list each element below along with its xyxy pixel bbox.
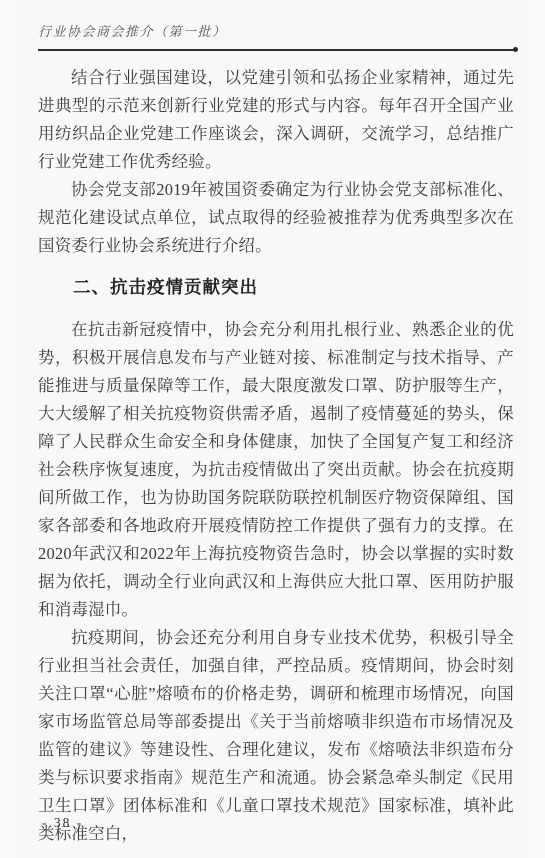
page-body: 结合行业强国建设，以党建引领和弘扬企业家精神，通过先进典型的示范来创新行业党建的… bbox=[38, 64, 514, 848]
page-header: 行业协会商会推介（第一批） bbox=[38, 24, 515, 51]
page-number: - 38 - bbox=[42, 815, 83, 830]
page-footer: - 38 - bbox=[42, 814, 83, 832]
paragraph-standards-work: 抗疫期间，协会还充分利用自身专业技术优势，积极引导全行业担当社会责任，加强自律，… bbox=[38, 624, 514, 848]
document-page: 行业协会商会推介（第一批） 结合行业强国建设，以党建引领和弘扬企业家精神，通过先… bbox=[0, 0, 545, 858]
running-title: 行业协会商会推介（第一批） bbox=[38, 24, 515, 42]
header-rule bbox=[38, 49, 515, 51]
paragraph-party-building: 结合行业强国建设，以党建引领和弘扬企业家精神，通过先进典型的示范来创新行业党建的… bbox=[38, 64, 514, 176]
paragraph-epidemic-contribution: 在抗击新冠疫情中，协会充分利用扎根行业、熟悉企业的优势，积极开展信息发布与产业链… bbox=[38, 316, 514, 624]
section-heading-epidemic: 二、抗击疫情贡献突出 bbox=[38, 275, 514, 299]
paragraph-pilot-unit: 协会党支部2019年被国资委确定为行业协会党支部标准化、规范化建设试点单位，试点… bbox=[38, 176, 514, 260]
rule-end-dot bbox=[513, 47, 518, 52]
